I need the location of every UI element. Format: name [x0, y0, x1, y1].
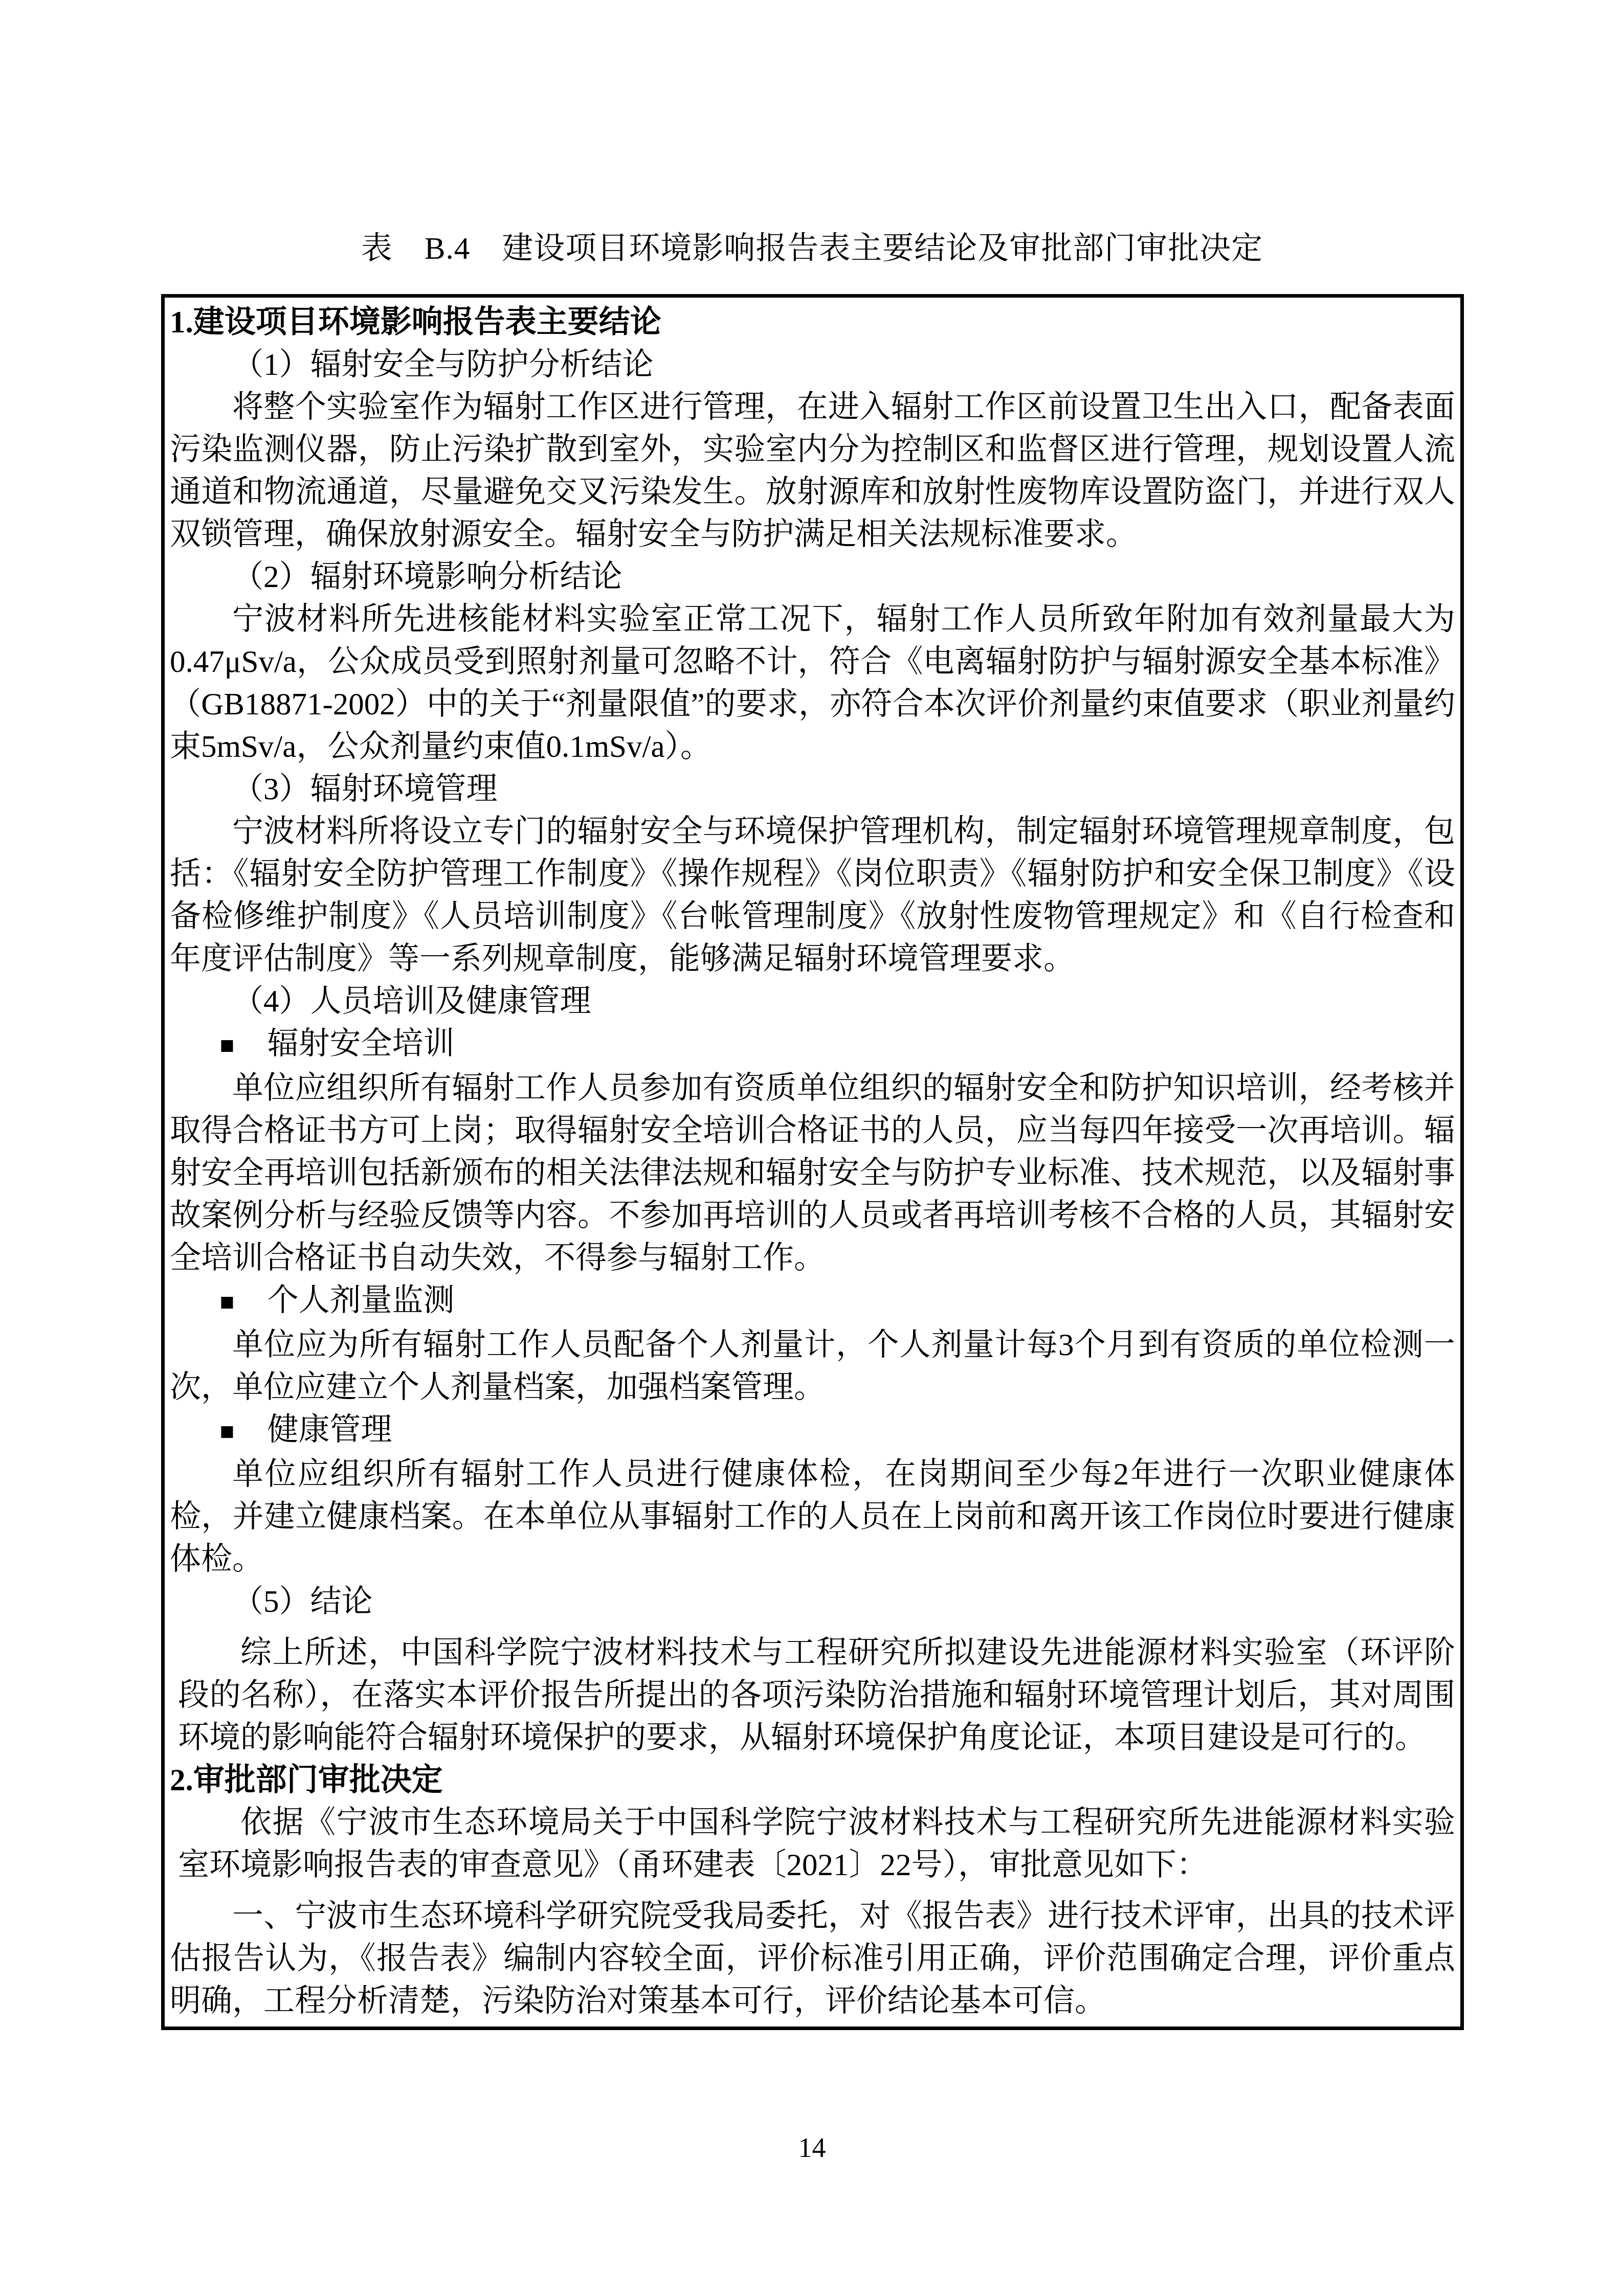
document-page: { "document": { "title": "表 B.4 建设项目环境影响…: [0, 0, 1624, 2296]
bullet-label: 健康管理: [267, 1413, 392, 1447]
bullet-label: 辐射安全培训: [267, 1027, 454, 1061]
square-bullet-icon: ■: [220, 1281, 235, 1324]
square-bullet-icon: ■: [220, 1411, 235, 1453]
paragraph: （4）人员培训及健康管理: [170, 980, 1455, 1023]
page-number: 14: [0, 2132, 1624, 2163]
paragraph: 宁波材料所将设立专门的辐射安全与环境保护管理机构，制定辐射环境管理规章制度，包括…: [170, 811, 1455, 980]
document-title: 表 B.4 建设项目环境影响报告表主要结论及审批部门审批决定: [0, 0, 1624, 270]
paragraph: 综上所述，中国科学院宁波材料技术与工程研究所拟建设先进能源材料实验室（环评阶段的…: [170, 1632, 1455, 1759]
bullet-item: ■个人剂量监测: [170, 1279, 1455, 1324]
section-2-heading: 2.审批部门审批决定: [170, 1759, 1455, 1802]
report-section-1: 1.建设项目环境影响报告表主要结论（1）辐射安全与防护分析结论将整个实验室作为辐…: [170, 301, 1455, 1759]
paragraph: （1）辐射安全与防护分析结论: [170, 344, 1455, 386]
section-1-heading: 1.建设项目环境影响报告表主要结论: [170, 301, 1455, 344]
bullet-item: ■健康管理: [170, 1409, 1455, 1453]
paragraph: 将整个实验室作为辐射工作区进行管理，在进入辐射工作区前设置卫生出入口，配备表面污…: [170, 386, 1455, 556]
report-section-2: 2.审批部门审批决定依据《宁波市生态环境局关于中国科学院宁波材料技术与工程研究所…: [170, 1759, 1455, 2022]
paragraph: 单位应为所有辐射工作人员配备个人剂量计，个人剂量计每3个月到有资质的单位检测一次…: [170, 1324, 1455, 1409]
square-bullet-icon: ■: [220, 1025, 235, 1067]
bullet-label: 个人剂量监测: [267, 1284, 454, 1318]
paragraph: 依据《宁波市生态环境局关于中国科学院宁波材料技术与工程研究所先进能源材料实验室环…: [170, 1802, 1455, 1886]
paragraph: （5）结论: [170, 1581, 1455, 1623]
paragraph: 单位应组织所有辐射工作人员参加有资质单位组织的辐射安全和防护知识培训，经考核并取…: [170, 1067, 1455, 1279]
paragraph: 一、宁波市生态环境科学研究院受我局委托，对《报告表》进行技术评审，出具的技术评估…: [170, 1895, 1455, 2022]
paragraph: （3）辐射环境管理: [170, 768, 1455, 811]
paragraph: 单位应组织所有辐射工作人员进行健康体检，在岗期间至少每2年进行一次职业健康体检，…: [170, 1453, 1455, 1581]
bullet-item: ■辐射安全培训: [170, 1023, 1455, 1067]
paragraph: （2）辐射环境影响分析结论: [170, 556, 1455, 598]
paragraph: 宁波材料所先进核能材料实验室正常工况下，辐射工作人员所致年附加有效剂量最大为0.…: [170, 598, 1455, 768]
report-table: 1.建设项目环境影响报告表主要结论（1）辐射安全与防护分析结论将整个实验室作为辐…: [161, 294, 1464, 2030]
